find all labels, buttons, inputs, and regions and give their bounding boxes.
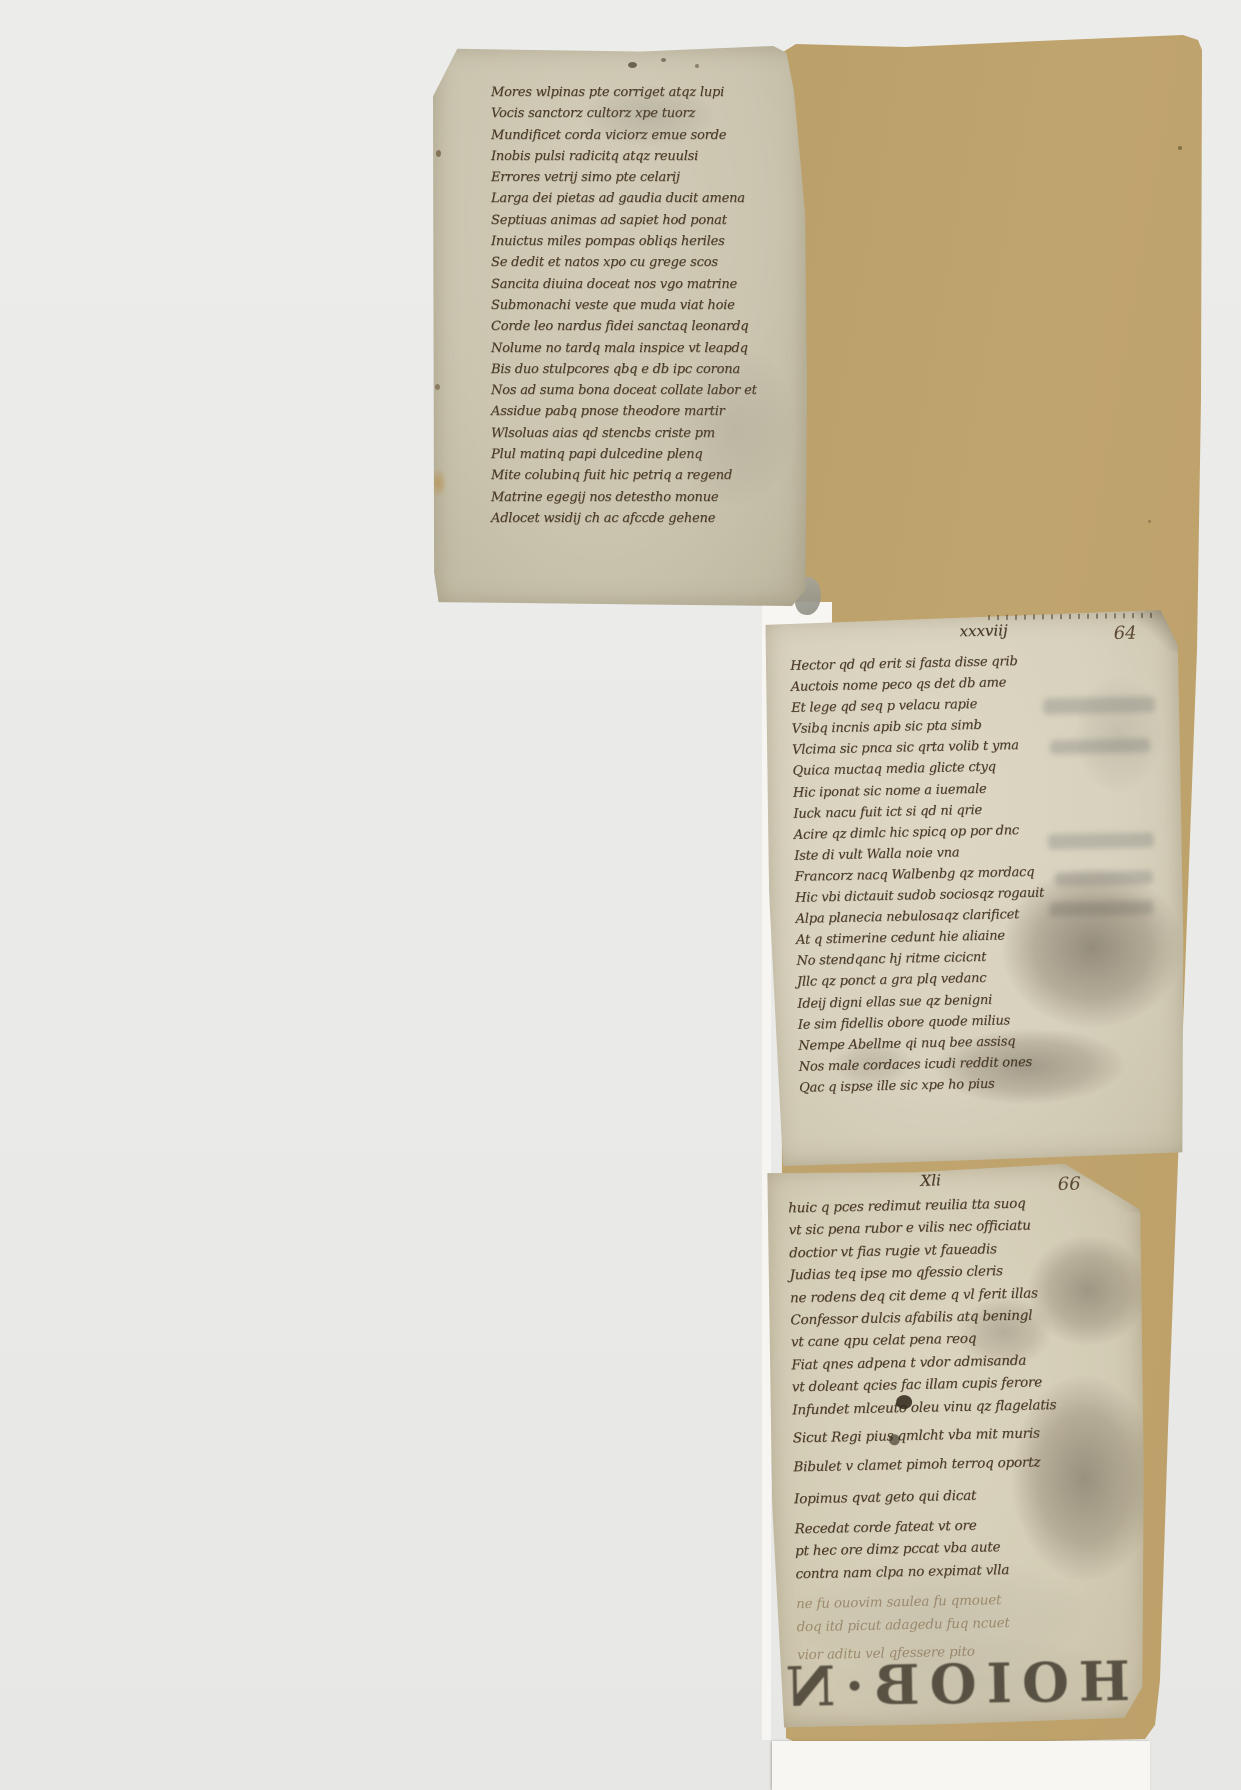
ink-bleedthrough xyxy=(1050,738,1150,754)
edge-fleck xyxy=(436,150,441,157)
manuscript-fragment-bottom: Xli 66 huic q pces redimut reuilia tta s… xyxy=(765,1162,1150,1727)
manuscript-line: doq itd picut adagedu fuq ncuet xyxy=(796,1611,1060,1639)
manuscript-line: Mores wlpinas pte corriget atqz lupi xyxy=(491,82,757,103)
dust-speck xyxy=(1178,146,1182,150)
manuscript-line: Nolume no tardq mala inspice vt leapdq xyxy=(491,338,757,359)
manuscript-fragment-top: Mores wlpinas pte corriget atqz lupiVoci… xyxy=(433,46,807,606)
manuscript-line: Vocis sanctorz cultorz xpe tuorz xyxy=(491,103,757,124)
ink-bleedthrough xyxy=(1043,696,1155,714)
manuscript-line: Iopimus qvat geto qui dicat xyxy=(794,1483,1058,1511)
manuscript-line: Sicut Regi pius qmlcht vba mit muris xyxy=(793,1422,1057,1450)
manuscript-line: Inuictus miles pompas obliqs heriles xyxy=(491,231,757,252)
manuscript-line: Plul matinq papi dulcedine plenq xyxy=(491,444,757,465)
manuscript-line: Septiuas animas ad sapiet hod ponat xyxy=(491,210,757,231)
ink-bleedthrough xyxy=(1049,900,1153,916)
manuscript-line: Bis duo stulpcores qbq e db ipc corona xyxy=(491,359,757,380)
manuscript-line: Assidue pabq pnose theodore martir xyxy=(491,401,757,422)
text-column: huic q pces redimut reuilia tta suoqvt s… xyxy=(788,1192,1061,1667)
ink-bleedthrough xyxy=(1055,870,1153,886)
folio-number: 64 xyxy=(1113,623,1136,644)
manuscript-line: Wlsoluas aias qd stencbs criste pm xyxy=(491,423,757,444)
dust-speck xyxy=(1148,520,1151,523)
manuscript-line: Inobis pulsi radicitq atqz reuulsi xyxy=(491,146,757,167)
chapter-numeral: Xli xyxy=(886,1171,976,1191)
text-column: Hector qd qd erit si fasta disse qribAuc… xyxy=(790,651,1048,1099)
manuscript-line: Mundificet corda viciorz emue sorde xyxy=(491,125,757,146)
manuscript-line: Qac q ispse ille sic xpe ho pius xyxy=(799,1072,1048,1098)
manuscript-line: Mite colubinq fuit hic petriq a regend xyxy=(491,465,757,486)
manuscript-line: Corde leo nardus fidei sanctaq leonardq xyxy=(491,316,757,337)
manuscript-line: Sancita diuina doceat nos vgo matrine xyxy=(491,274,757,295)
ink-speck xyxy=(695,64,699,68)
manuscript-line: Submonachi veste que muda viat hoie xyxy=(491,295,757,316)
manuscript-fragment-middle: xxxviij 64 Hector qd qd erit si fasta di… xyxy=(763,610,1188,1167)
ink-bleedthrough xyxy=(1048,832,1154,849)
folio-number: 66 xyxy=(1058,1173,1081,1194)
chapter-numeral: xxxviij xyxy=(913,620,1053,641)
ink-speck xyxy=(628,62,637,68)
manuscript-line: Adlocet wsidij ch ac afccde gehene xyxy=(491,508,757,529)
manuscript-line: contra nam clpa no expimat vlla xyxy=(795,1558,1059,1586)
ink-speck xyxy=(661,58,666,62)
manuscript-line: Larga dei pietas ad gaudia ducit amena xyxy=(491,188,757,209)
offset-capitals: HOIOB·N xyxy=(785,1645,1130,1727)
edge-fleck xyxy=(435,384,440,390)
mount-paper-edge xyxy=(772,1741,1150,1790)
manuscript-line: Infundet mlceuto oleu vinu qz flagelatis xyxy=(792,1394,1056,1422)
amber-stain xyxy=(429,468,447,498)
manuscript-line: Nos ad suma bona doceat collate labor et xyxy=(491,380,757,401)
manuscript-scan-page: Mores wlpinas pte corriget atqz lupiVoci… xyxy=(0,0,1241,1790)
stain-blot xyxy=(1075,676,1162,793)
manuscript-line: Errores vetrij simo pte celarij xyxy=(491,167,757,188)
manuscript-line: Bibulet v clamet pimoh terroq oportz xyxy=(793,1451,1057,1479)
text-column: Mores wlpinas pte corriget atqz lupiVoci… xyxy=(491,82,757,529)
manuscript-line: Matrine egegij nos detestho monue xyxy=(491,487,757,508)
manuscript-line: Se dedit et natos xpo cu grege scos xyxy=(491,252,757,273)
